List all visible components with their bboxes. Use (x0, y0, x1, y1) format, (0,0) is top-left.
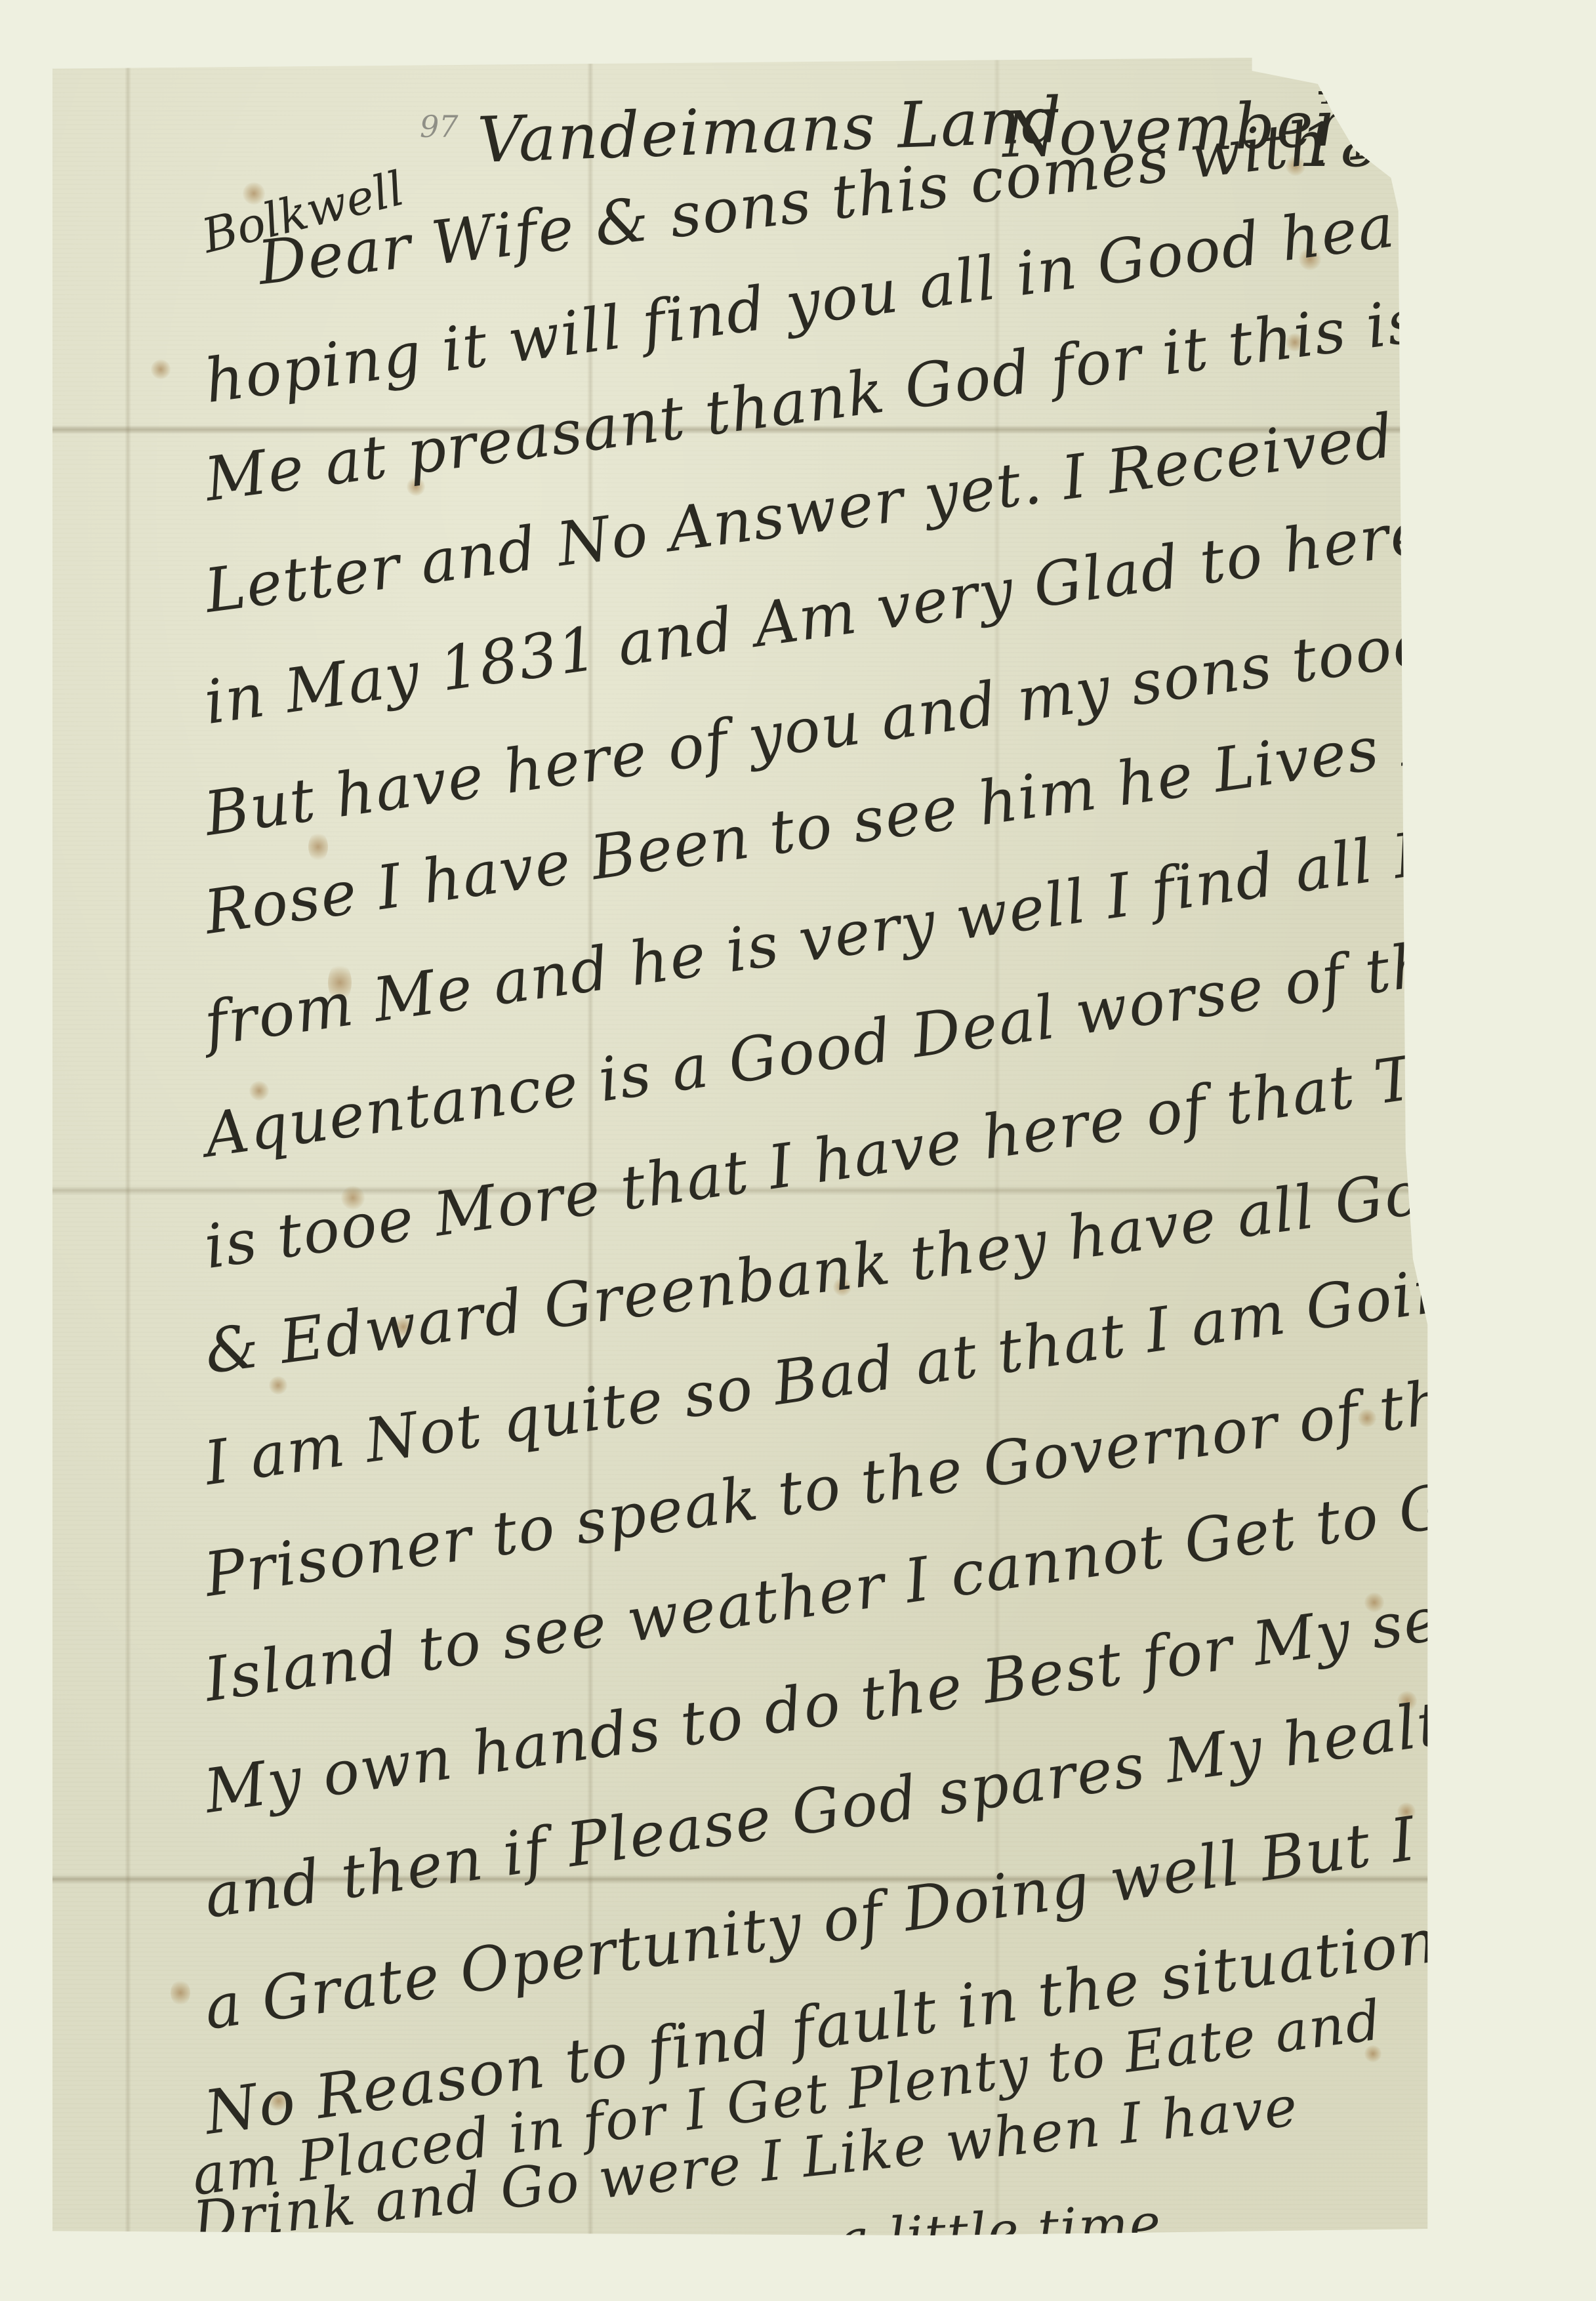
foxing-spot (308, 832, 328, 862)
foxing-spot (1404, 464, 1423, 484)
foxing-spot (1437, 1743, 1454, 1761)
letter-page: 97 Vandeimans Land November 1 15 1832 Bo… (52, 58, 1515, 2242)
foxing-spot (171, 1980, 190, 2006)
foxing-spot (151, 359, 171, 379)
archive-number-mark: 97 (420, 109, 459, 144)
fold-line-vertical-left (125, 58, 131, 2242)
date-superscript: 15 (1319, 71, 1364, 112)
letter-line-closing: a little time (836, 2192, 1163, 2270)
fold-line-vertical-center (587, 58, 594, 2242)
